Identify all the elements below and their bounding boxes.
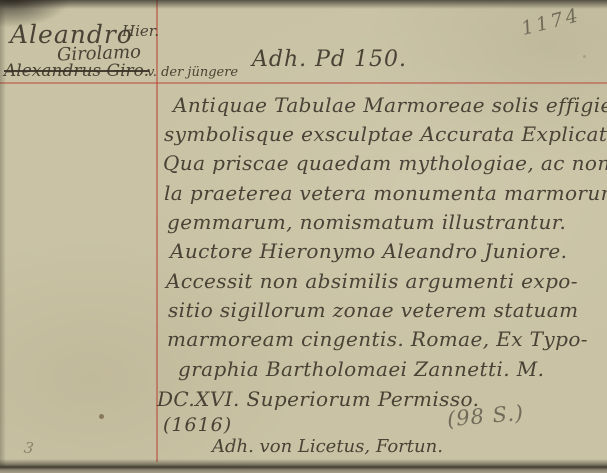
pencil-accession-number: 1174: [520, 6, 583, 39]
publication-year: (1616): [163, 416, 232, 435]
paper-speck: [583, 55, 586, 58]
title-line: Accessit non absimilis argumenti expo-: [166, 271, 578, 291]
card-top-edge: [0, 0, 607, 9]
paper-speck: [99, 414, 104, 419]
card-corner-shadow: [0, 0, 72, 28]
title-line: graphia Bartholomaei Zannetti. M.: [178, 359, 544, 379]
title-line: sitio sigillorum zonae veterem statuam: [168, 300, 578, 320]
ruled-line-horizontal: [0, 82, 607, 84]
card-bottom-edge: [0, 459, 607, 473]
title-line: la praeterea vetera monumenta marmorum,: [164, 183, 607, 203]
title-line: symbolisque exsculptae Accurata Explicat…: [164, 124, 607, 144]
author-surname-suffix: Hier.: [122, 24, 159, 39]
title-line: Antiquae Tabulae Marmoreae solis effigie: [173, 95, 607, 115]
card-left-edge: [0, 0, 6, 473]
epithet-note: v. der jüngere: [147, 66, 238, 79]
title-line: DC.XVI. Superiorum Permisso.: [157, 389, 479, 409]
binding-note: Adh. von Licetus, Fortun.: [212, 438, 443, 456]
crossed-out-name: Alexandrus Giro.: [4, 63, 149, 80]
title-line: Qua priscae quaedam mythologiae, ac nonn…: [163, 153, 607, 173]
page-count: (98 S.): [446, 403, 525, 431]
catalog-card: Aleandro Hier. Girolamo Alexandrus Giro.…: [0, 0, 607, 473]
shelfmark: Adh. Pd 150.: [252, 49, 407, 71]
title-line: marmoream cingentis. Romae, Ex Typo-: [167, 329, 588, 349]
title-line: gemmarum, nomismatum illustrantur.: [167, 212, 566, 232]
title-line: Auctore Hieronymo Aleandro Juniore.: [170, 241, 567, 261]
corner-number: 3: [23, 440, 35, 456]
